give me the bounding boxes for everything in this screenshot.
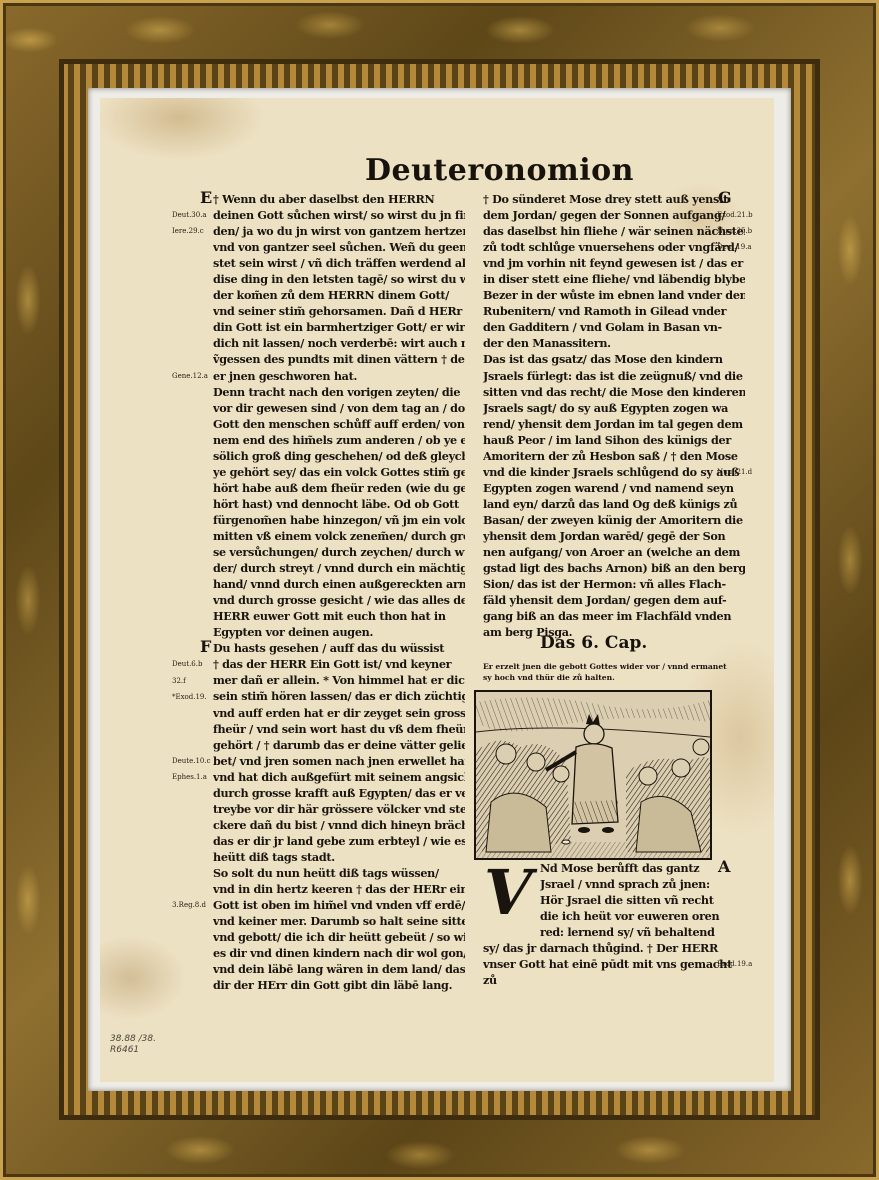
text-line: Denn tracht nach den vorigen zeyten/ die [213,384,465,400]
chapter-summary-line: sy hoch vnd thür die zů halten. [483,672,745,683]
text-line: vnser Gott hat einē pūdt mit vns gemacht [483,956,745,972]
text-line: sitten vnd das recht/ die Mose den kinde… [483,384,745,400]
chapter-summary-line: Er erzelt jnen die gebott Gottes wider v… [483,661,745,672]
text-line: din Gott ist ein barmhertziger Gott/ er … [213,319,465,335]
margin-reference-note: Deut.6.b [172,660,202,669]
margin-reference-note: Num.35.b [717,227,752,236]
text-line: dise ding in den letsten tagē/ so wirst … [213,271,465,287]
margin-reference-note: Ephes.1.a [172,773,207,782]
text-line: der kom̃en zů dem HERRN dinem Gott/ [213,287,465,303]
text-line: bet/ vnd jren somen nach jnen erwellet h… [213,753,465,769]
margin-reference-note: Iere.29.c [172,227,204,236]
text-line: Egypten zogen warend / vnd namend seyn [483,480,745,496]
text-line: Jsraels fürlegt: das ist die zeügnuß/ vn… [483,368,745,384]
text-line: vnd dein läbē lang wären in dem land/ da… [213,961,465,977]
text-line: Gott ist oben im him̃el vnd vnden vff er… [213,897,465,913]
left-text-column: † Wenn du aber daselbst den HERRNdeinen … [213,191,465,993]
text-line: vnd durch grosse gesicht / wie das alles… [213,592,465,608]
text-line: Das ist das gsatz/ das Mose den kindern [483,351,745,367]
text-line: hand/ vnnd durch einen außgereckten arm/ [213,576,465,592]
margin-reference-note: Deut.30.a [172,211,207,220]
text-line: ckere dañ du bist / vnnd dich hineyn brä… [213,817,465,833]
running-title: Deuteronomion [365,153,634,188]
right-text-column: † Do sünderet Mose drey stett auß yensit… [483,191,745,640]
chapter-summary: Er erzelt jnen die gebott Gottes wider v… [483,661,745,683]
text-line: hauß Peor / im land Sihon des künigs der [483,432,745,448]
text-line: Egypten vor deinen augen. [213,624,465,640]
text-line: sy/ das jr darnach thůgind. † Der HERR [483,940,745,956]
text-line: gstad ligt des bachs Arnon) biß an den b… [483,560,745,576]
text-line: durch grosse krafft auß Egypten/ das er … [213,785,465,801]
text-line: der den Manassitern. [483,335,745,351]
text-line: HERR euwer Gott mit euch thon hat in [213,608,465,624]
margin-reference-note: Exod.21.b [717,211,753,220]
text-line: Du hasts gesehen / auff das du wüssist [213,640,465,656]
text-line: den/ ja wo du jn wirst von gantzem hertz… [213,223,465,239]
text-line: gang biß an das meer im Flachfäld vnden [483,608,745,624]
text-line: stet sein wirst / vñ dich träffen werden… [213,255,465,271]
text-line: zů [483,972,745,988]
text-line: † Wenn du aber daselbst den HERRN [213,191,465,207]
text-line: fäld yhensit dem Jordan/ gegen dem auf- [483,592,745,608]
chapter-heading: Das 6. Cap. [540,633,647,653]
text-line: vor dir gewesen sind / von dem tag an / … [213,400,465,416]
text-line: se versůchungen/ durch zeychen/ durch wu… [213,544,465,560]
text-line: nem end des him̃els zum anderen / ob ye … [213,432,465,448]
book-leaf: Deuteronomion † Wenn du aber daselbst de… [100,98,774,1082]
text-line: hört habe auß dem fheür reden (wie du ge… [213,480,465,496]
archive-note-line: 38.88 /38. [110,1034,156,1045]
text-line: Amoritern der zů Hesbon saß / † den Mose [483,448,745,464]
text-line: vnd hat dich außgefürt mit seinem angsic… [213,769,465,785]
text-line: Nd Mose berůfft das gantz [540,860,745,876]
text-line: ṽgessen des pundts mit dinen vättern † d… [213,351,465,367]
text-line: Gott den menschen schůff auff erden/ von… [213,416,465,432]
text-line: Sion/ das ist der Hermon: vñ alles Flach… [483,576,745,592]
text-line: der/ durch streyt / vnnd durch ein mächt… [213,560,465,576]
text-line: mer dañ er allein. * Von himmel hat er d… [213,672,465,688]
text-line: Rubenitern/ vnd Ramoth in Gilead vnder [483,303,745,319]
text-line: vnd von gantzer seel sůchen. Weñ du geen… [213,239,465,255]
section-marker-letter: E [200,188,212,207]
margin-reference-note: 3.Reg.8.d [172,901,206,910]
text-line: So solt du nun heütt diß tags wüssen/ [213,865,465,881]
text-line: vnd gebott/ die ich dir heütt gebeüt / s… [213,929,465,945]
moses-woodcut-image [476,692,710,858]
text-line: dir der HErr din Gott gibt din läbē lang… [213,977,465,993]
text-line: vnd auff erden hat er dir zeyget sein gr… [213,705,465,721]
text-line: in diser stett eine fliehe/ vnd läbendig… [483,271,745,287]
text-line: vnd keiner mer. Darumb so halt seine sit… [213,913,465,929]
text-line: dem Jordan/ gegen der Sonnen aufgang/ [483,207,745,223]
text-line: fürgenom̃en habe hinzegon/ vñ jm ein vol… [213,512,465,528]
text-line: er jnen geschworen hat. [213,368,465,384]
chapter-opening-text: Nd Mose berůfft das gantzJsrael / vnnd s… [540,860,745,988]
text-line: vnd seiner stim̃ gehorsamen. Dañ d HERr [213,303,465,319]
text-line: vnd in din hertz keeren † das der HERr e… [213,881,465,897]
text-line: treybe vor dir här grössere völcker vnd … [213,801,465,817]
text-line: ye gehört sey/ das ein volck Gottes stim… [213,464,465,480]
text-line: dich nit lassen/ noch verderbē: wirt auc… [213,335,465,351]
section-marker-letter: F [200,637,211,656]
text-line: die ich heüt vor euweren oren [540,908,745,924]
text-line: yhensit dem Jordan warēd/ gegē der Son [483,528,745,544]
margin-reference-note: Gene.12.a [172,372,208,381]
margin-reference-note: *Exod.19. [172,693,207,702]
text-line: sein stim̃ hören lassen/ das er dich züc… [213,688,465,704]
text-line: mitten vß einem volck zenem̃en/ durch gr… [213,528,465,544]
text-line: gehört / † darumb das er deine vätter ge… [213,737,465,753]
text-line: † das der HERR Ein Gott ist/ vnd keyner [213,656,465,672]
text-line: Jsraels sagt/ do sy auß Egypten zogen wa [483,400,745,416]
text-line: † Do sünderet Mose drey stett auß yensit [483,191,745,207]
text-line: Hör Jsrael die sitten vñ recht [540,892,745,908]
text-line: rend/ yhensit dem Jordan im tal gegen de… [483,416,745,432]
text-line: Jsrael / vnnd sprach zů jnen: [540,876,745,892]
text-line: den Gadditern / vnd Golam in Basan vn- [483,319,745,335]
text-line: zů todt schlůge vnuersehens oder vngfärd… [483,239,745,255]
text-line: es dir vnd dinen kindern nach dir wol go… [213,945,465,961]
text-line: das er dir jr land gebe zum erbteyl / wi… [213,833,465,849]
text-line: deinen Gott sůchen wirst/ so wirst du jn… [213,207,465,223]
text-line: sölich groß ding geschehen/ od deß gleyc… [213,448,465,464]
margin-reference-note: Deut.19.a [717,243,752,252]
text-line: Bezer in der wůste im ebnen land vnder d… [483,287,745,303]
text-line: das daselbst hin fliehe / wär seinen näc… [483,223,745,239]
margin-reference-note: Num.21.d [717,468,752,477]
archive-note-line: R6461 [110,1045,156,1056]
text-line: hört hast) vnd dennocht läbe. Od ob Gott [213,496,465,512]
section-marker-letter: G [718,188,732,207]
text-line: vnd die kinder Jsraels schlůgend do sy a… [483,464,745,480]
text-line: nen aufgang/ von Aroer an (welche an dem [483,544,745,560]
text-line: heütt diß tags stadt. [213,849,465,865]
text-line: fheür / vnd sein wort hast du vß dem fhe… [213,721,465,737]
text-line: land eyn/ darzů das land Og deß künigs z… [483,496,745,512]
woodcut-illustration [474,690,712,860]
text-line: Basan/ der zweyen künig der Amoritern di… [483,512,745,528]
archive-pencil-note: 38.88 /38. R6461 [110,1034,156,1056]
decorated-initial-letter: V [476,860,540,926]
margin-reference-note: 32.f [172,677,186,686]
text-line: vnd jm vorhin nit feynd gewesen ist / da… [483,255,745,271]
margin-reference-note: Deute.10.c [172,757,211,766]
text-line: red: lernend sy/ vñ behaltend [540,924,745,940]
